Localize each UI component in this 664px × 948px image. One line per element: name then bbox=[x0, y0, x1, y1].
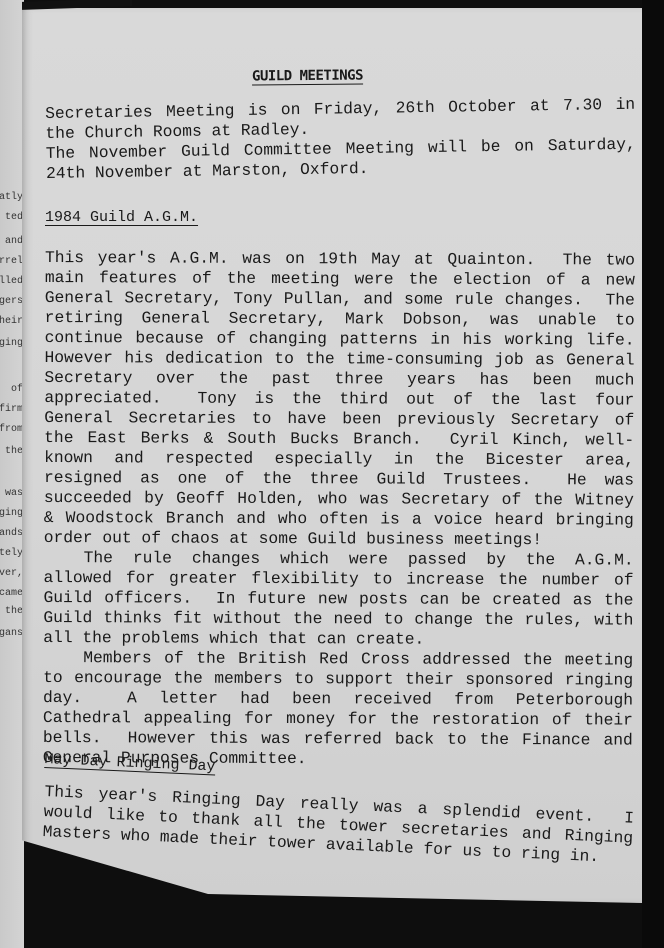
text-line: main features of the meeting were the el… bbox=[45, 268, 635, 291]
facing-page-text-fragment: came bbox=[0, 588, 23, 599]
facing-page-text-fragment: heir bbox=[0, 316, 23, 327]
facing-page-text-fragment: gans bbox=[0, 628, 23, 639]
text-line: succeeded by Geoff Holden, who was Secre… bbox=[44, 488, 634, 511]
facing-page-text-fragment: rrel bbox=[0, 256, 23, 267]
facing-page-text-fragment: the bbox=[5, 446, 23, 457]
facing-page-text-fragment: atly bbox=[0, 192, 23, 203]
facing-page-text-fragment: the bbox=[5, 606, 23, 617]
section-heading-agm: 1984 Guild A.G.M. bbox=[45, 208, 198, 228]
text-line: allowed for greater flexibility to incre… bbox=[44, 568, 634, 591]
page-title: GUILD MEETINGS bbox=[252, 66, 363, 87]
facing-page-text-fragment: ands bbox=[0, 528, 23, 539]
text-line: Guild thinks fit without the need to cha… bbox=[43, 608, 633, 631]
facing-page-text-fragment: from bbox=[0, 424, 23, 435]
text-line: bells. However this was referred back to… bbox=[43, 728, 633, 751]
text-line: Members of the British Red Cross address… bbox=[43, 648, 633, 671]
text-line: to encourage the members to support thei… bbox=[43, 668, 633, 691]
text-line: The rule changes which were passed by th… bbox=[44, 548, 634, 571]
scanned-page-scene: atlytedandrrellledgersheirgingoffirmfrom… bbox=[0, 0, 664, 948]
facing-page-text-fragment: ver, bbox=[0, 568, 23, 579]
text-line: resigned as one of the three Guild Trust… bbox=[44, 468, 634, 491]
section-body-agm: This year's A.G.M. was on 19th May at Qu… bbox=[43, 248, 635, 771]
text-line: day. A letter had been received from Pet… bbox=[43, 688, 633, 711]
facing-page-edge: atlytedandrrellledgersheirgingoffirmfrom… bbox=[0, 0, 24, 948]
text-line: all the problems which that can create. bbox=[43, 628, 633, 651]
text-line: Secretary over the past three years has … bbox=[44, 368, 634, 391]
text-line: the East Berks & South Bucks Branch. Cyr… bbox=[44, 428, 634, 451]
facing-page-text-fragment: gers bbox=[0, 296, 23, 307]
text-line: & Woodstock Branch and who often is a vo… bbox=[44, 508, 634, 531]
facing-page-text-fragment: firm bbox=[0, 404, 23, 415]
facing-page-text-fragment: ging bbox=[0, 338, 23, 349]
facing-page-text-fragment: ging bbox=[0, 508, 23, 519]
facing-page-text-fragment: was bbox=[5, 488, 23, 499]
background-edge bbox=[642, 0, 664, 948]
text-line: General Secretaries to have been previou… bbox=[44, 408, 634, 431]
text-line: order out of chaos at some Guild busines… bbox=[44, 528, 634, 551]
facing-page-text-fragment: and bbox=[5, 236, 23, 247]
facing-page-text-fragment: tely bbox=[0, 548, 23, 559]
text-line: Cathedral appealing for money for the re… bbox=[43, 708, 633, 731]
facing-page-text-fragment: ted bbox=[5, 212, 23, 223]
intro-paragraph: Secretaries Meeting is on Friday, 26th O… bbox=[45, 95, 636, 184]
facing-page-text-fragment: of bbox=[11, 384, 23, 395]
text-line: continue because of changing patterns in… bbox=[45, 328, 635, 351]
text-line: General Secretary, Tony Pullan, and some… bbox=[45, 288, 635, 311]
text-line: However his dedication to the time-consu… bbox=[44, 348, 634, 371]
text-line: retiring General Secretary, Mark Dobson,… bbox=[45, 308, 635, 331]
facing-page-text-fragment: lled bbox=[0, 276, 23, 287]
text-line: This year's A.G.M. was on 19th May at Qu… bbox=[45, 248, 635, 271]
text-line: Guild officers. In future new posts can … bbox=[43, 588, 633, 611]
text-line: known and respected especially in the Bi… bbox=[44, 448, 634, 471]
text-line: appreciated. Tony is the third out of th… bbox=[44, 388, 634, 411]
